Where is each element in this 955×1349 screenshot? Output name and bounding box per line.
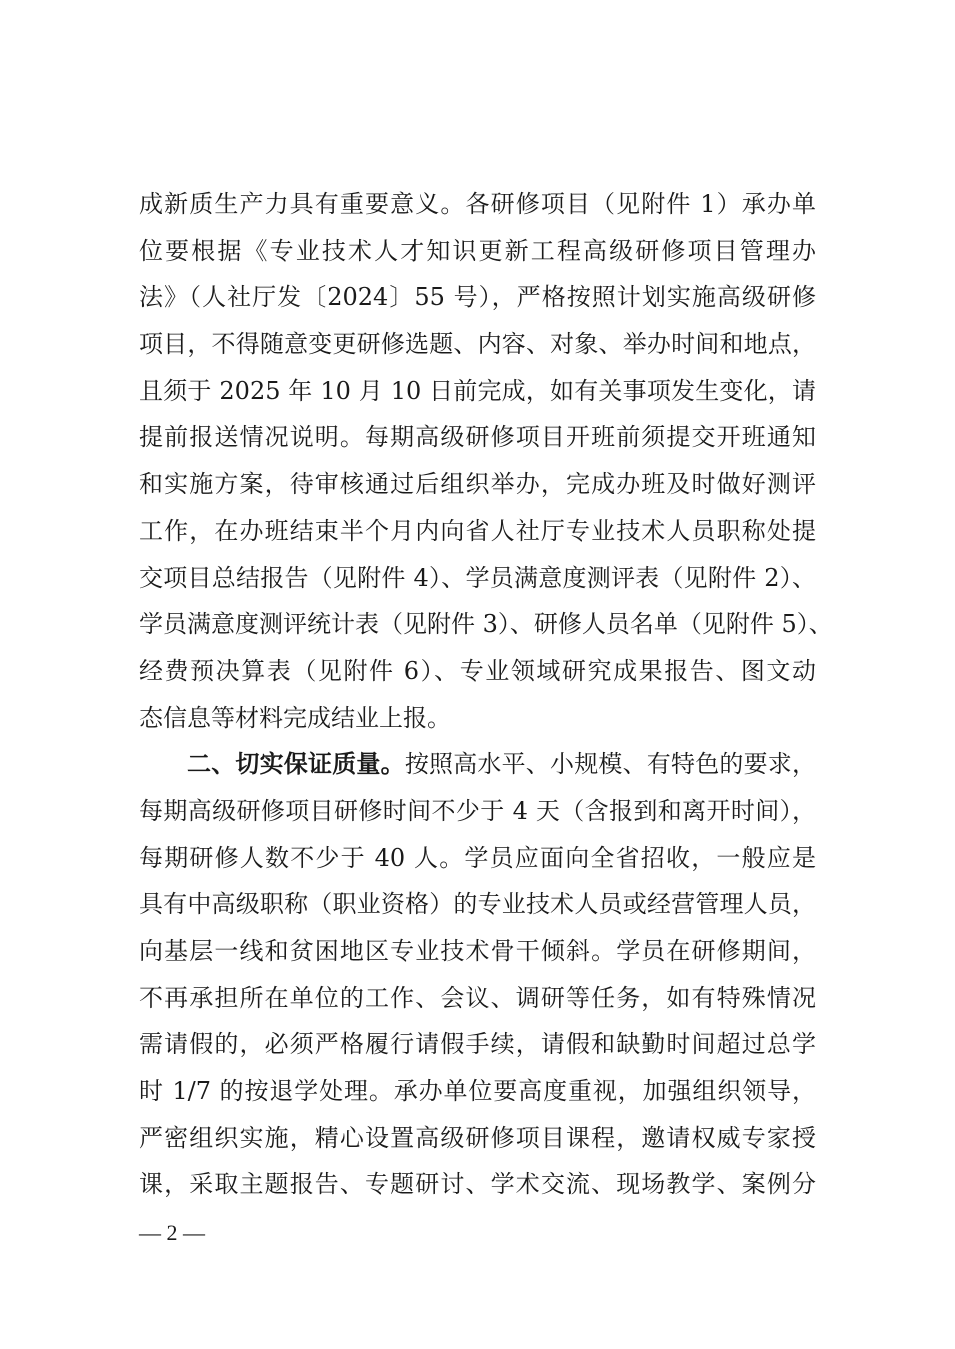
text-line: 严密组织实施，精心设置高级研修项目课程，邀请权威专家授 [139,1115,816,1162]
text-line: 项目，不得随意变更研修选题、内容、对象、举办时间和地点， [139,321,816,368]
text-line: 课，采取主题报告、专题研讨、学术交流、现场教学、案例分 [139,1161,816,1208]
text-line: 经费预决算表（见附件 6）、专业领域研究成果报告、图文动 [139,648,816,695]
text-line: 学员满意度测评统计表（见附件 3）、研修人员名单（见附件 5）、 [139,601,816,648]
text-line: 成新质生产力具有重要意义。各研修项目（见附件 1）承办单 [139,181,816,228]
document-body: 成新质生产力具有重要意义。各研修项目（见附件 1）承办单 位要根据《专业技术人才… [139,181,816,1208]
text-line: 工作，在办班结束半个月内向省人社厅专业技术人员职称处提 [139,508,816,555]
text-line: 态信息等材料完成结业上报。 [139,695,816,742]
section-heading: 二、切实保证质量。 [187,750,405,778]
text-line: 向基层一线和贫困地区专业技术骨干倾斜。学员在研修期间， [139,928,816,975]
paragraph-attachment-requirements: 成新质生产力具有重要意义。各研修项目（见附件 1）承办单 位要根据《专业技术人才… [139,181,816,741]
text-line: 交项目总结报告（见附件 4）、学员满意度测评表（见附件 2）、 [139,555,816,602]
text-line: 每期研修人数不少于 40 人。学员应面向全省招收，一般应是 [139,835,816,882]
paragraph-quality-assurance: 二、切实保证质量。按照高水平、小规模、有特色的要求， 每期高级研修项目研修时间不… [139,741,816,1208]
text-line: 法》（人社厅发〔2024〕55 号），严格按照计划实施高级研修 [139,274,816,321]
heading-followup-text: 按照高水平、小规模、有特色的要求， [405,750,816,778]
text-line: 提前报送情况说明。每期高级研修项目开班前须提交开班通知 [139,414,816,461]
text-line: 二、切实保证质量。按照高水平、小规模、有特色的要求， [139,741,816,788]
page-number: — 2 — [139,1218,205,1248]
text-line: 和实施方案，待审核通过后组织举办，完成办班及时做好测评 [139,461,816,508]
text-line: 具有中高级职称（职业资格）的专业技术人员或经营管理人员， [139,881,816,928]
text-line: 时 1/7 的按退学处理。承办单位要高度重视，加强组织领导， [139,1068,816,1115]
text-line: 位要根据《专业技术人才知识更新工程高级研修项目管理办 [139,228,816,275]
text-line: 每期高级研修项目研修时间不少于 4 天（含报到和离开时间）， [139,788,816,835]
document-page: 成新质生产力具有重要意义。各研修项目（见附件 1）承办单 位要根据《专业技术人才… [0,0,955,1349]
text-line: 需请假的，必须严格履行请假手续，请假和缺勤时间超过总学 [139,1021,816,1068]
text-line: 不再承担所在单位的工作、会议、调研等任务，如有特殊情况 [139,975,816,1022]
text-line: 且须于 2025 年 10 月 10 日前完成，如有关事项发生变化，请 [139,368,816,415]
